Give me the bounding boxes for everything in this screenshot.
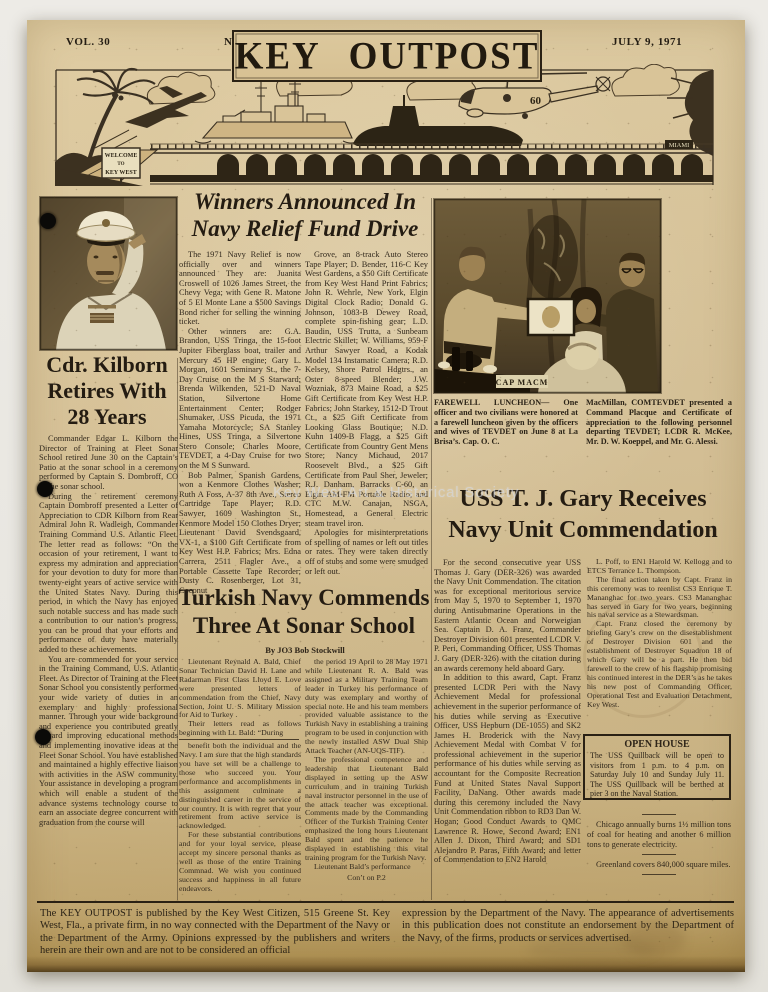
paragraph: Commander Edgar L. Kilborn the Director … [39,434,178,492]
placecard-label: CAP MACM [496,378,549,387]
miami-sign: MIAMI [665,140,693,149]
filler-text: Greenland covers 840,000 square miles. [587,860,731,870]
paragraph: benefit both the individual and the Navy… [179,742,301,831]
archive-watermark: Key West Art & Historical Society [273,484,519,501]
luncheon-caption-col2: MacMillan, COMTEVDET presented a Command… [586,398,732,484]
paragraph: Lieutenant Reynald A. Bald, Chief Sonar … [179,658,301,720]
welcome-sign-line3: KEY WEST [105,170,137,176]
paragraph: the period 19 April to 28 May 1971 while… [305,658,428,756]
paragraph: Their letters read as follows beginning … [179,720,301,738]
luncheon-photo: CAP MACM [434,199,661,393]
newspaper-title: KEY OUTPOST [235,33,540,78]
paragraph: Apologies for misinterpretations of spel… [305,528,428,576]
kilborn-article-body: Commander Edgar L. Kilborn the Director … [39,434,178,894]
divider-rule [642,874,676,875]
column-rule [177,358,178,900]
masthead-title-box: KEY OUTPOST [232,30,542,82]
welcome-sign-line2: TO [117,162,124,167]
helicopter-number: 60 [530,95,542,107]
divider-rule [642,854,676,855]
paragraph: Other winners are: G.A. Brandon, USS Tri… [179,327,301,471]
navy-relief-column-2: Grove, an 8-track Auto Stereo Tape Playe… [305,250,428,612]
ribbon-bars [90,313,114,323]
paragraph: The professional competence and leadersh… [305,756,428,863]
turkish-column-2: the period 19 April to 28 May 1971 while… [305,658,428,900]
caption-text: MacMillan, COMTEVDET presented a Command… [586,398,732,447]
stain [527,936,657,962]
open-house-body: The USS Quillback will be open to visito… [590,751,724,799]
headline-line: 28 Years [35,404,179,430]
filler-text: Chicago annually burns 1½ million tons o… [587,820,731,849]
paragraph: For the second consecutive year USS Thom… [434,558,581,673]
paragraph: Lieutenant Bald’s performance [305,863,428,872]
volume-label: VOL. 30 [66,36,110,48]
screenshot-root: { "masthead": { "vol": "VOL. 30", "no": … [0,0,768,992]
navy-relief-headline: Winners Announced In Navy Relief Fund Dr… [178,188,432,242]
publisher-statement-col1: The KEY OUTPOST is published by the Key … [40,908,390,958]
headline-line: Navy Unit Commendation [432,515,734,546]
caption-text: FAREWELL LUNCHEON— One officer and two c… [434,398,578,447]
headline-line: Retires With [35,378,179,404]
paragraph: L. Poff, to EN1 Harold W. Kellogg and to… [587,558,732,576]
paragraph: During the retirement ceremony Captain D… [39,492,178,655]
navy-relief-column-1: The 1971 Navy Relief is now officially o… [179,250,301,612]
welcome-sign-line1: WELCOME [105,153,138,159]
miami-sign-label: MIAMI [669,142,690,149]
turkish-headline: Turkish Navy Commends Three At Sonar Sch… [176,584,432,640]
continuation-note: Con’t on P.2 [305,874,428,883]
newspaper-page: VOL. 30 NO. 26 JULY 9, 1971 KEY OUTPOST [27,20,745,972]
gary-column-1: For the second consecutive year USS Thom… [434,558,581,906]
punch-hole [40,213,56,229]
headline-line: Winners Announced In [178,188,432,215]
headline-line: Three At Sonar School [176,612,432,640]
pressure-ring-stain [583,598,703,718]
headline-line: Navy Relief Fund Drive [178,215,432,242]
punch-hole [37,481,53,497]
bridge [150,144,713,184]
footer-rule [37,901,734,903]
open-house-box: OPEN HOUSE The USS Quillback will be ope… [583,734,731,800]
divider-rule [642,814,676,815]
kilborn-headline: Cdr. Kilborn Retires With 28 Years [35,352,179,430]
bridge-arches [217,154,703,175]
turkish-column-1: Lieutenant Reynald A. Bald, Chief Sonar … [179,658,301,900]
divider-rule [179,739,299,740]
paragraph: For these substantial contributions and … [179,831,301,893]
paragraph: You are commended for your service in th… [39,655,178,828]
open-house-title: OPEN HOUSE [590,739,724,750]
headline-line: Cdr. Kilborn [35,352,179,378]
kilborn-photo [40,197,177,350]
luncheon-caption-col1: FAREWELL LUNCHEON— One officer and two c… [434,398,578,484]
filler-items: Chicago annually burns 1½ million tons o… [587,810,731,880]
date-label: JULY 9, 1971 [612,36,682,48]
headline-line: Turkish Navy Commends [176,584,432,612]
turkish-byline: By JO3 Bob Stockwill [178,645,432,655]
banner-illustration: 60 [55,64,715,186]
wall-decoration [526,215,578,299]
paragraph: The 1971 Navy Relief is now officially o… [179,250,301,327]
column-rule [431,198,432,900]
punch-hole [35,729,51,745]
paragraph: In addition to this award, Capt. Franz p… [434,673,581,865]
